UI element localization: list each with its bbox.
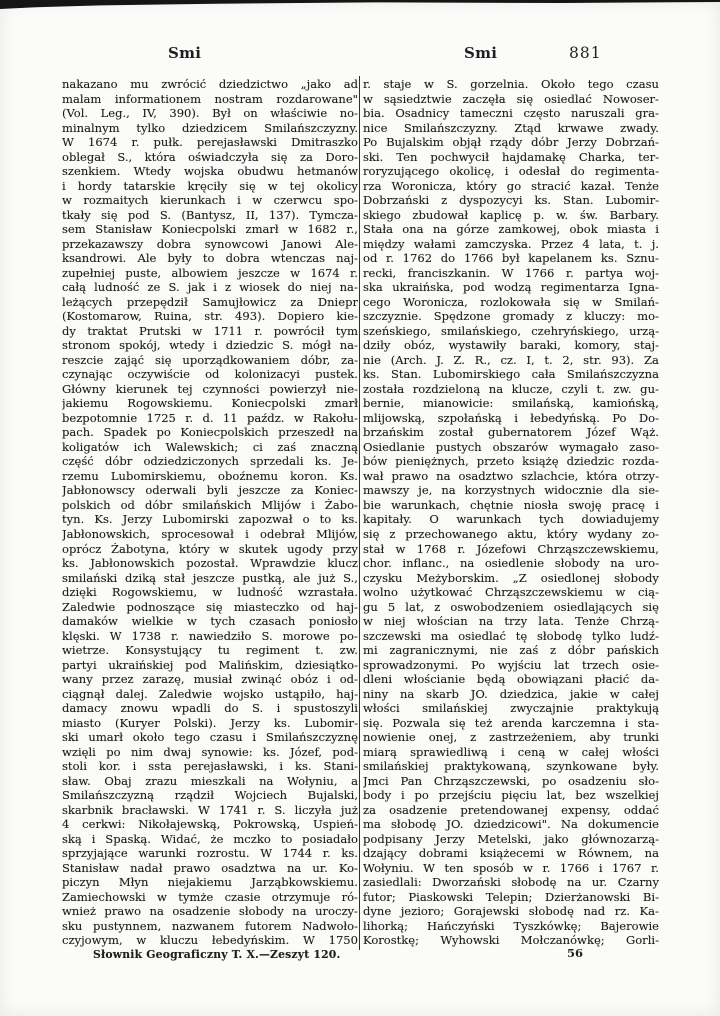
text-line: sław.ObajzrazumieszkalinaWołyniu,a <box>62 774 358 789</box>
column-divider-rule <box>359 76 360 950</box>
text-line: międzywałamizamczyska.Przez4lata,t.j. <box>363 237 659 252</box>
text-line: wanyprzezzarazę,musiałzwinąćobóziod- <box>62 672 358 687</box>
text-line: kapitały.Owarunkachtychdowiadujemy <box>363 512 659 527</box>
text-line: Osiedlaniepustychobszarówwymagałozaso- <box>363 440 659 455</box>
text-line: stałw1768r.JózefowiChrząszczewskiemu, <box>363 542 659 557</box>
text-line: mlijowską,szpołańskąiłebedyńską.PoDo- <box>363 411 659 426</box>
text-line: zostałarozdzielonąnaklucze,czylit.zw.gu- <box>363 382 659 397</box>
text-line: dzającydobramiksiążecemiwRównem,na <box>363 846 659 861</box>
text-line: nakazanomuzwrócićdziedzictwo„jakoad <box>62 77 358 92</box>
text-line: piczynMłynniejakiemuJarząbkowskiemu. <box>62 875 358 890</box>
text-line: bernie,mianowicie:smilańską,kamiońską, <box>363 396 659 411</box>
text-line: czyskuMeżyborskim.„Zosiedlonejsłobody <box>363 571 659 586</box>
text-line: dleniwłościaniebędąobowiązanipłacićda- <box>363 672 659 687</box>
text-line: ski.TenpochwyciłhajdamakęCharka,ter- <box>363 150 659 165</box>
text-line: brzańskimzostałgubernatoremJózefWąż. <box>363 425 659 440</box>
text-line: skarbnikbracławski.W1741r.S.liczyłajuż <box>62 803 358 818</box>
text-line: pach.SpadekpoKoniecpolskichprzeszedłna <box>62 425 358 440</box>
text-line: (Kostomarow,Ruina,str.493).Dopierokie- <box>62 309 358 324</box>
text-line: bówpieniężnych,przetoksiążędziedzicrozda… <box>363 454 659 469</box>
text-line: futor;PiaskowskiTelepin;DzierżanowskiBi- <box>363 890 659 905</box>
text-line: wałprawonaosadztwoszlachcie,któraotrzy- <box>363 469 659 484</box>
text-line: koligatówichWalewskich;cizaśznaczną <box>62 440 358 455</box>
text-line: (Vol.Leg.,IV,390).Byłonwłaściwieno- <box>62 106 358 121</box>
text-line: roryzującegookolicę,iodesłałdoregimenta- <box>363 164 659 179</box>
text-line: skąiSpaską.Widać,żemczkotoposiadało <box>62 832 358 847</box>
text-line: nowienieonej,zzastrzeżeniem,abytrunki <box>363 730 659 745</box>
text-line: smilańskidzikąstałjeszczepustką,alejużS.… <box>62 571 358 586</box>
text-line: przekazawszydobrasynowcowiJanowiAle- <box>62 237 358 252</box>
dictionary-page: Smi Smi 881 nakazanomuzwrócićdziedzictwo… <box>0 0 720 1016</box>
text-line: oblegałS.,któraoświadczyłasięzaDoro- <box>62 150 358 165</box>
text-line: reszciezająćsięuporządkowaniemdóbr,za- <box>62 353 358 368</box>
text-line: Stanisławnadałprawoosadztwanaur.Ko- <box>62 861 358 876</box>
text-line: malaminformationemnostramrozdarowane" <box>62 92 358 107</box>
text-line: Korostkę;WyhowskiMołczanówkę;Gorli- <box>363 933 659 948</box>
text-line: rzemuLubomirskiemu,oboźnemukoron.Ks. <box>62 469 358 484</box>
text-line: sprzyjającewarunkirozrostu.W1744r.ks. <box>62 846 358 861</box>
page-number: 881 <box>569 44 602 62</box>
text-line: częśćdóbrodziedziczonychsprzedaliks.Je- <box>62 454 358 469</box>
footer-imprint: Słownik Geograficzny T. X.—Zeszyt 120. <box>93 948 340 961</box>
text-line: ihordytatarskiekręciłysięwtejokolicy <box>62 179 358 194</box>
text-line: całąludnośćzeS.jakizwiosekdoniejna- <box>62 280 358 295</box>
text-line: damakówwielkiewtychczasachponiosło <box>62 614 358 629</box>
text-line: podpisanyJerzyMetelski,jakogłównozarzą- <box>363 832 659 847</box>
text-line: zupełniejpuste,albowiemjeszczew1674r. <box>62 266 358 281</box>
text-line: W1674r.pułk.perejasławskiDmitraszko <box>62 135 358 150</box>
text-line: minalnymtylkodziedzicemSmilańszczyzny. <box>62 121 358 136</box>
text-line: PoBujalskimobjąłrządydóbrJerzyDobrzań- <box>363 135 659 150</box>
text-line: odr.1762do1766byłkapelanemks.Sznu- <box>363 251 659 266</box>
text-column-left: nakazanomuzwrócićdziedzictwo„jakoadmalam… <box>62 77 358 948</box>
text-line: r.stajewS.gorzelnia.Okołotegoczasu <box>363 77 659 92</box>
text-line: dziłyobóz,wystawiłybaraki,komory,staj- <box>363 338 659 353</box>
text-line: bodyipoprzejściupięciulat,bezwszelkiej <box>363 788 659 803</box>
text-line: dytraktatPrutskiw1711r.powróciłtym <box>62 324 358 339</box>
running-head-right: Smi <box>464 44 497 62</box>
text-line: ks.Stan.LubomirskiegocałaSmilańszczyzna <box>363 367 659 382</box>
text-line: wsąsiedztwiezaczęłasięosiedlaćNowoser- <box>363 92 659 107</box>
text-line: włoścismilańskiejzwyczajniepraktykują <box>363 701 659 716</box>
text-line: mawszyje,nakorzystnychwidoczniedlasie- <box>363 483 659 498</box>
text-line: nie(Arch.J.Z.R.,cz.I,t.2,str.93).Za <box>363 353 659 368</box>
text-line: bezpotomnie1725r.d.11paźdz.wRakołu- <box>62 411 358 426</box>
text-line: gu5lat,zoswobodzeniemosiedlającychsię <box>363 600 659 615</box>
text-line: skaukraińska,podwodząregimentarzaIgna- <box>363 280 659 295</box>
text-line: recki,franciszkanin.W1766r.partyawoj- <box>363 266 659 281</box>
text-line: lihorką;HańczyńskiTyszkówkę;Bajerowie <box>363 919 659 934</box>
text-line: SmilańszczyznąrządziłWojciechBujalski, <box>62 788 358 803</box>
text-line: JabłonowscyoderwalibylijeszczezaKoniec- <box>62 483 358 498</box>
text-line: polskichoddóbrsmilańskichMlijówiŻabo- <box>62 498 358 513</box>
text-line: szenkiem.Wtedywojskaobudwuhetmanów <box>62 164 358 179</box>
text-line: ciągnąłdalej.Zaledwiewojskoustąpiło,haj- <box>62 687 358 702</box>
text-line: sprowadzonymi.Powyjściulattrzechosie- <box>363 658 659 673</box>
text-line: zaosadzeniepretendowanejexpensy,oddać <box>363 803 659 818</box>
text-line: 4cerkwi:Nikołajewską,Pokrowską,Uspień- <box>62 817 358 832</box>
text-line: mizagranicznymi,niezaśzdóbrpańskich <box>363 643 659 658</box>
text-line: partyiukraińskiejpodMalińskim,dziesiątko… <box>62 658 358 673</box>
text-line: szczewskimaosiedlaćtęsłobodętylkoludź- <box>363 629 659 644</box>
text-line: damacyznowuwpadlidoS.ispustoszyli <box>62 701 358 716</box>
text-line: Dobrzańskizdyspozycyiks.Stan.Lubomir- <box>363 193 659 208</box>
text-line: się.Pozwalasięteżarendakarczemnaista- <box>363 716 659 731</box>
text-line: smilańskiejpraktykowaną,szynkowanebyły. <box>363 759 659 774</box>
text-line: chor.inflanc.,naosiedleniesłobodynauro- <box>363 556 659 571</box>
text-line: skiegozbudowałkaplicęp.w.św.Barbary. <box>363 208 659 223</box>
text-line: JmciPanChrząszczewski,poosadzeniusło- <box>363 774 659 789</box>
text-line: Zaledwiepodnoszącesięmiasteczkoodhaj- <box>62 600 358 615</box>
text-line: niceSmilańszczyzny.Ztądkrwawezwady. <box>363 121 659 136</box>
text-line: wzięliponimdwajsynowie:ks.Józef,pod- <box>62 745 358 760</box>
text-line: sięzprzechowanegoaktu,którywydanyzo- <box>363 527 659 542</box>
running-head-left: Smi <box>168 44 201 62</box>
text-line: stolikor.isstaperejasławski,iks.Stani- <box>62 759 358 774</box>
text-line: Głównykierunektejczynnościpowierzyłnie- <box>62 382 358 397</box>
text-line: bia.Osadnicytameczniczęstonaruszaligra- <box>363 106 659 121</box>
text-line: Zamiechowskiwtymżeczasieotrzymujeró- <box>62 890 358 905</box>
text-line: cegoWoronicza,rozlokowałasięwSmilań- <box>363 295 659 310</box>
text-line: leżącychprzepędziłSamujłowiczzaDniepr <box>62 295 358 310</box>
text-line: wietrze.Konsystującyturegimentt.zw. <box>62 643 358 658</box>
text-line: ks.Jabłonowskichpozostał.Wprawdzieklucz <box>62 556 358 571</box>
text-line: dynejezioro;Gorajewskisłobodęnadrz.Ka- <box>363 904 659 919</box>
text-line: ksandrowi.Alebyłytodobrawtenczasnaj- <box>62 251 358 266</box>
text-line: zasiedlali:Dworzańskisłobodęnaur.Czarny <box>363 875 659 890</box>
text-line: wrozmaitychkierunkachiwczerwcuspo- <box>62 193 358 208</box>
text-line: Jabłonowskich,sprocesowałiodebrałMlijów, <box>62 527 358 542</box>
text-line: tkałysiępodS.(Bantysz,II,137).Tymcza- <box>62 208 358 223</box>
text-line: klęski.W1738r.nawiedziłoS.morowepo- <box>62 629 358 644</box>
text-line: tyn.Ks.JerzyLubomirskizapozwałotoks. <box>62 512 358 527</box>
text-line: masłobodęJO.dziedzicowi".Nadokumencie <box>363 817 659 832</box>
text-line: jakiemuRogowskiemu.Koniecpolskizmarł <box>62 396 358 411</box>
text-line: semStanisławKoniecpolskizmarłw1682r., <box>62 222 358 237</box>
text-line: miasto(KuryerPolski).Jerzyks.Lubomir- <box>62 716 358 731</box>
text-line: rzaWoronicza,którygostracićkazał.Tenże <box>363 179 659 194</box>
footer-sheet-number: 56 <box>567 946 583 960</box>
text-line: wnieżprawonaosadzeniesłobodynauroczy- <box>62 904 358 919</box>
text-line: wolnoużytkowaćChrząszczewskiemuwcią- <box>363 585 659 600</box>
text-line: wniejwłościannatrzylata.TenżeChrzą- <box>363 614 659 629</box>
text-line: ninynaskarbJO.dziedzica,jakiewcałej <box>363 687 659 702</box>
text-column-right: r.stajewS.gorzelnia.Okołotegoczasuwsąsie… <box>363 77 659 948</box>
text-line: Wołyniu.Wtensposóbwr.1766i1767r. <box>363 861 659 876</box>
text-line: szeńskiego,smilańskiego,czehryńskiego,ur… <box>363 324 659 339</box>
text-line: biewarunkach,chętnieniosłaswojępracęi <box>363 498 659 513</box>
text-line: czynającoczywiścieodkolonizacyipustek. <box>62 367 358 382</box>
text-line: czyjowym,wkluczułebedyńskim.W1750 <box>62 933 358 948</box>
text-line: skiumarłokołotegoczasuiSmilańszczyznę <box>62 730 358 745</box>
text-line: skupustynnem,nazwanemfutoremNadwoło- <box>62 919 358 934</box>
text-line: Stałaonanagórzezamkowej,obokmiastai <box>363 222 659 237</box>
text-line: opróczŻabotyna,którywskutekugodyprzy <box>62 542 358 557</box>
text-line: miarąsprawiedliwąicenąwcałejwłości <box>363 745 659 760</box>
text-line: stronomspokój,wtedyidziedzicS.mógłna- <box>62 338 358 353</box>
text-line: szczyznie.Spędzonegromadyzkluczy:mo- <box>363 309 659 324</box>
scan-edge-artifact <box>0 0 720 9</box>
text-line: dziękiRogowskiemu,wludnośćwzrastała. <box>62 585 358 600</box>
